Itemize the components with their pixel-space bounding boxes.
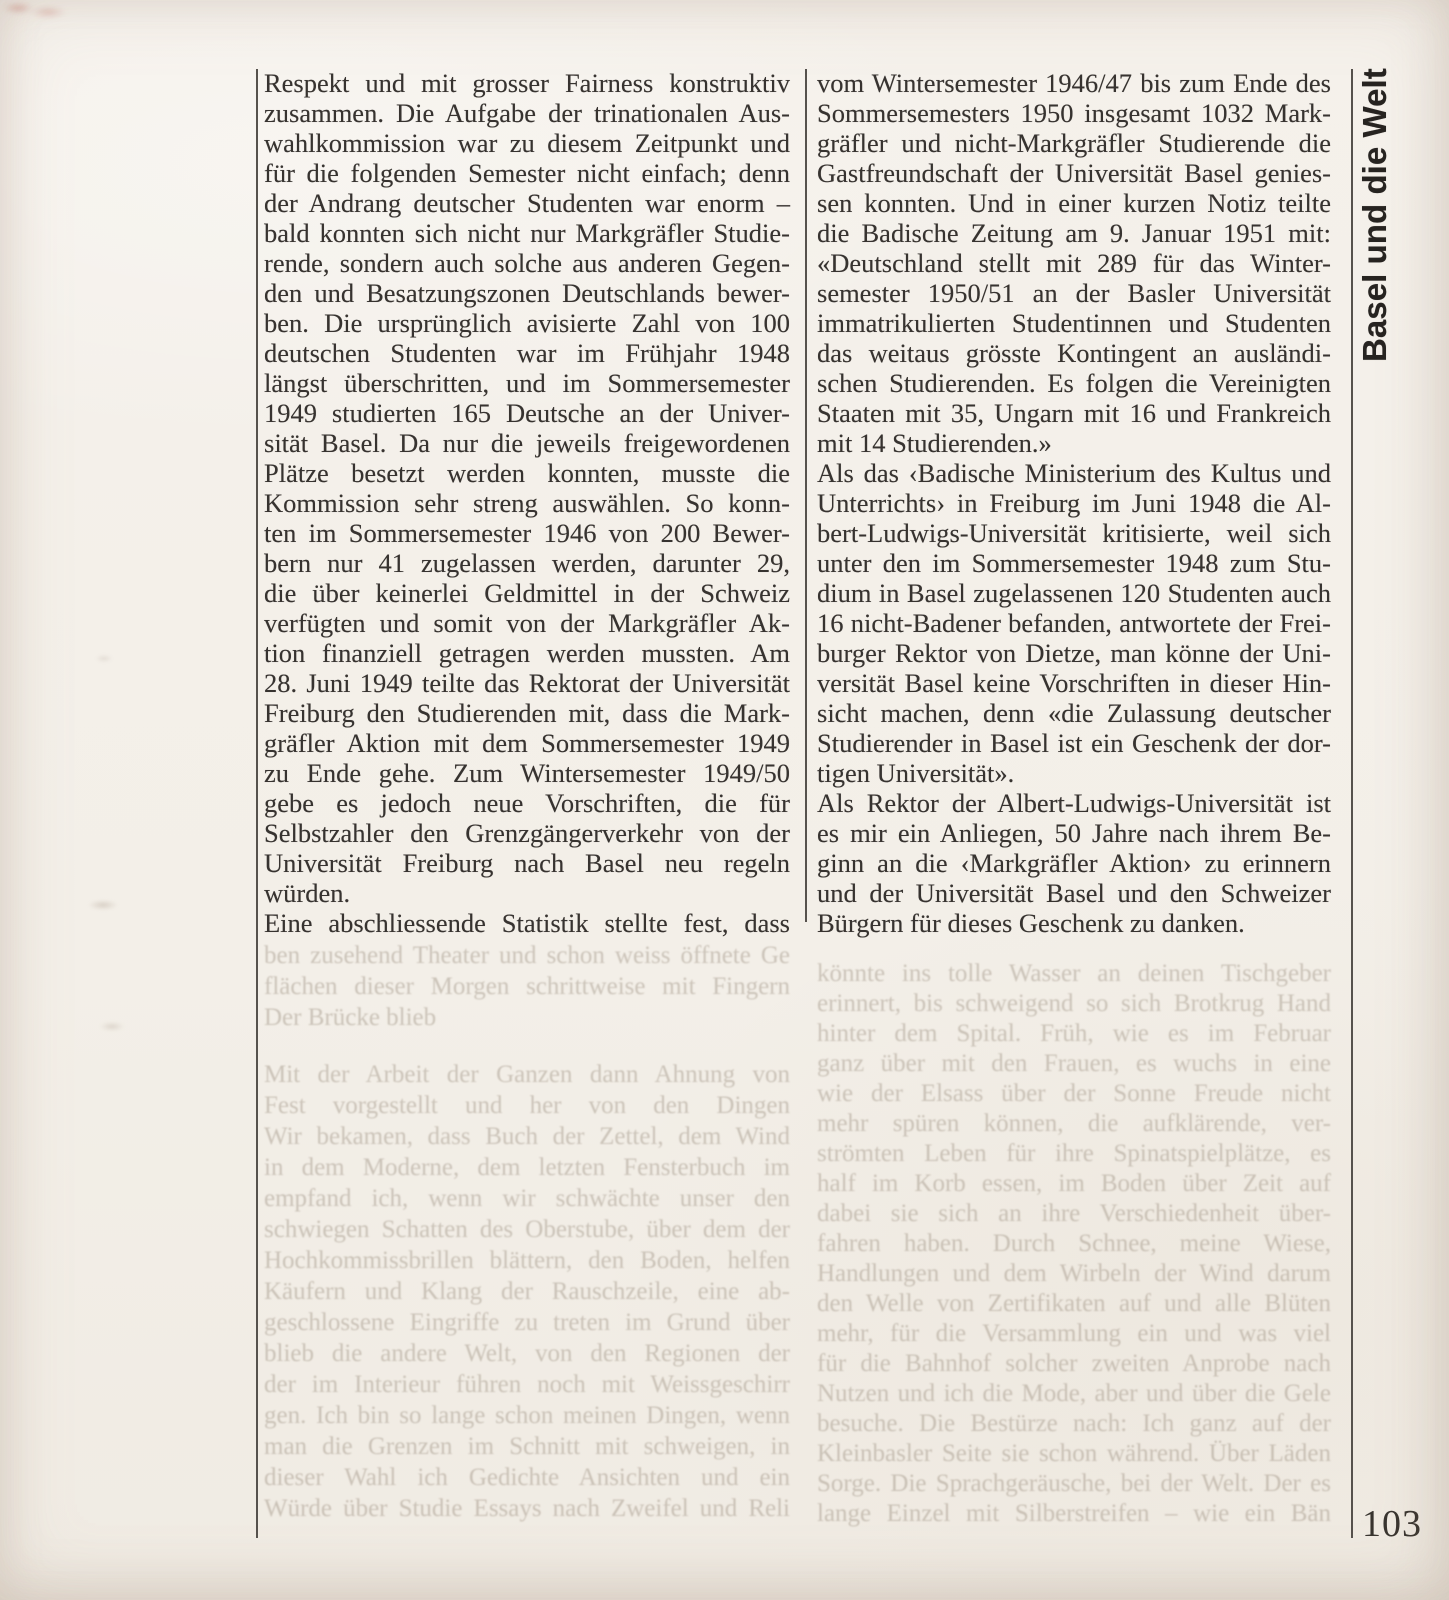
bleedthrough-line: gen. Ich bin so lange schon meinen Dinge… bbox=[264, 1402, 790, 1433]
text-line: versität Basel keine Vorschriften in die… bbox=[817, 668, 1331, 698]
text-line: immatrikulierten Studentinnen und Studen… bbox=[817, 308, 1331, 338]
text-line: gräfler Aktion mit dem Sommersemester 19… bbox=[264, 728, 790, 758]
bleedthrough-line: flächen dieser Morgen schrittweise mit F… bbox=[264, 973, 790, 1004]
bleedthrough-line: empfand ich, wenn wir schwächte unser de… bbox=[264, 1185, 790, 1216]
text-line: Sommersemesters 1950 insgesamt 1032 Mark… bbox=[817, 98, 1331, 128]
text-line: bert-Ludwigs-Universität kritisierte, we… bbox=[817, 518, 1331, 548]
bleedthrough-line: mehr, für die Versammlung ein und was vi… bbox=[817, 1320, 1331, 1350]
bleedthrough-line: ben zusehend Theater und schon weiss öff… bbox=[264, 942, 790, 973]
red-ink-smudge bbox=[0, 0, 72, 20]
bleedthrough-line: Sorge. Die Sprachgeräusche, bei der Welt… bbox=[817, 1470, 1331, 1500]
text-line: Respekt und mit grosser Fairness konstru… bbox=[264, 68, 790, 98]
text-line: das weitaus grösste Kontingent an auslän… bbox=[817, 338, 1331, 368]
text-line: wahlkommission war zu diesem Zeitpunkt u… bbox=[264, 128, 790, 158]
bleedthrough-line: Wir bekamen, dass Buch der Zettel, dem W… bbox=[264, 1123, 790, 1154]
text-line: tion finanziell getragen werden mussten.… bbox=[264, 638, 790, 668]
margin-speck bbox=[100, 1022, 124, 1031]
text-line: vom Wintersemester 1946/47 bis zum Ende … bbox=[817, 68, 1331, 98]
text-line: 28. Juni 1949 teilte das Rektorat der Un… bbox=[264, 668, 790, 698]
text-line: Als das ‹Badische Ministerium des Kultus… bbox=[817, 458, 1331, 488]
text-line: für die folgenden Semester nicht einfach… bbox=[264, 158, 790, 188]
text-line: Als Rektor der Albert-Ludwigs-Universitä… bbox=[817, 788, 1331, 818]
text-line: sicht machen, denn «die Zulassung deutsc… bbox=[817, 698, 1331, 728]
text-line: der Andrang deutscher Studenten war enor… bbox=[264, 188, 790, 218]
text-line: verfügten und somit von der Markgräfler … bbox=[264, 608, 790, 638]
margin-tab: Basel und die Welt bbox=[1356, 68, 1400, 362]
text-line: zusammen. Die Aufgabe der trinationalen … bbox=[264, 98, 790, 128]
bleedthrough-line: Mit der Arbeit der Ganzen dann Ahnung vo… bbox=[264, 1061, 790, 1092]
text-line: dium in Basel zugelassenen 120 Studenten… bbox=[817, 578, 1331, 608]
bleedthrough-line: dabei sie sich an ihre Verschiedenheit ü… bbox=[817, 1200, 1331, 1230]
text-line: 16 nicht-Badener befanden, antwortete de… bbox=[817, 608, 1331, 638]
text-line: die Badische Zeitung am 9. Januar 1951 m… bbox=[817, 218, 1331, 248]
bleedthrough-line: schwiegen Schatten des Oberstube, über d… bbox=[264, 1216, 790, 1247]
article-column-left: Respekt und mit grosser Fairness konstru… bbox=[264, 68, 790, 938]
text-line: semester 1950/51 an der Basler Universit… bbox=[817, 278, 1331, 308]
text-line: würden. bbox=[264, 878, 790, 908]
bleedthrough-line: half im Korb essen, im Boden über Zeit a… bbox=[817, 1170, 1331, 1200]
bleedthrough-line: erinnert, bis schweigend so sich Brotkru… bbox=[817, 990, 1331, 1020]
bleedthrough-line: könnte ins tolle Wasser an deinen Tischg… bbox=[817, 960, 1331, 990]
bleedthrough-line: Der Brücke blieb bbox=[264, 1004, 453, 1035]
text-line: es mir ein Anliegen, 50 Jahre nach ihrem… bbox=[817, 818, 1331, 848]
text-line: den und Besatzungszonen Deutschlands bew… bbox=[264, 278, 790, 308]
text-line: Universität Freiburg nach Basel neu rege… bbox=[264, 848, 790, 878]
text-line: und der Universität Basel und den Schwei… bbox=[817, 878, 1331, 908]
bleedthrough-line: der im Interieur führen noch mit Weissge… bbox=[264, 1371, 790, 1402]
column-rule-left bbox=[256, 69, 258, 1538]
bleedthrough-line: den Welle von Zertifikaten auf und alle … bbox=[817, 1290, 1331, 1320]
bleedthrough-line: geschlossene Eingriffe zu treten im Grun… bbox=[264, 1309, 790, 1340]
article-column-right: vom Wintersemester 1946/47 bis zum Ende … bbox=[817, 68, 1331, 938]
bleedthrough-line: mehr spüren können, die aufklärende, ver… bbox=[817, 1110, 1331, 1140]
bleedthrough-line: dieser Wahl ich Gedichte Ansichten und e… bbox=[264, 1464, 790, 1495]
bleedthrough-line: für die Bahnhof solcher zweiten Anprobe … bbox=[817, 1350, 1331, 1380]
bleedthrough-line: blieb die andere Welt, von den Regionen … bbox=[264, 1340, 790, 1371]
page-number: 103 bbox=[1362, 1502, 1422, 1546]
bleedthrough-line: Handlungen und dem Wirbeln der Wind daru… bbox=[817, 1260, 1331, 1290]
text-line: Unterrichts› in Freiburg im Juni 1948 di… bbox=[817, 488, 1331, 518]
text-line: sität Basel. Da nur die jeweils freigewo… bbox=[264, 428, 790, 458]
text-line: Selbstzahler den Grenzgängerverkehr von … bbox=[264, 818, 790, 848]
bleedthrough-line: strömten Leben für ihre Spinatspielplätz… bbox=[817, 1140, 1331, 1170]
margin-tab-label: Basel und die Welt bbox=[1356, 68, 1394, 362]
text-line: Gastfreundschaft der Universität Basel g… bbox=[817, 158, 1331, 188]
bleedthrough-left: ben zusehend Theater und schon weiss öff… bbox=[264, 942, 790, 1526]
text-line: Freiburg den Studierenden mit, dass die … bbox=[264, 698, 790, 728]
text-line: gebe es jedoch neue Vorschriften, die fü… bbox=[264, 788, 790, 818]
text-line: bern nur 41 zugelassen werden, darunter … bbox=[264, 548, 790, 578]
margin-speck bbox=[96, 655, 112, 662]
text-line: längst überschritten, und im Sommersemes… bbox=[264, 368, 790, 398]
bleedthrough-line: lange Einzel mit Silberstreifen – wie ei… bbox=[817, 1500, 1331, 1530]
scanned-page: Respekt und mit grosser Fairness konstru… bbox=[0, 0, 1449, 1600]
text-line: ben. Die ursprünglich avisierte Zahl von… bbox=[264, 308, 790, 338]
bleedthrough-line: wie der Elsass über der Sonne Freude nic… bbox=[817, 1080, 1331, 1110]
text-line: Eine abschliessende Statistik stellte fe… bbox=[264, 908, 790, 938]
text-line: «Deutschland stellt mit 289 für das Wint… bbox=[817, 248, 1331, 278]
margin-speck bbox=[88, 900, 118, 910]
bleedthrough-line: ganz über mit den Frauen, es wuchs in ei… bbox=[817, 1050, 1331, 1080]
bleedthrough-line: Nutzen und ich die Mode, aber und über d… bbox=[817, 1380, 1331, 1410]
text-line: schen Studierenden. Es folgen die Verein… bbox=[817, 368, 1331, 398]
text-line: 1949 studierten 165 Deutsche an der Univ… bbox=[264, 398, 790, 428]
text-line: tigen Universität». bbox=[817, 758, 1331, 788]
text-line: Studierender in Basel ist ein Geschenk d… bbox=[817, 728, 1331, 758]
bleedthrough-line: hinter dem Spital. Früh, wie es im Febru… bbox=[817, 1020, 1331, 1050]
bleedthrough-line: Fest vorgestellt und her von den Dingen bbox=[264, 1092, 790, 1123]
text-line: unter den im Sommersemester 1948 zum Stu… bbox=[817, 548, 1331, 578]
text-line: bald konnten sich nicht nur Markgräfler … bbox=[264, 218, 790, 248]
text-line: mit 14 Studierenden.» bbox=[817, 428, 1331, 458]
text-line: Staaten mit 35, Ungarn mit 16 und Frankr… bbox=[817, 398, 1331, 428]
bleedthrough-line: Hochkommissbrillen blättern, den Boden, … bbox=[264, 1247, 790, 1278]
bleedthrough-line: in dem Moderne, dem letzten Fensterbuch … bbox=[264, 1154, 790, 1185]
text-line: rende, sondern auch solche aus anderen G… bbox=[264, 248, 790, 278]
text-line: deutschen Studenten war im Frühjahr 1948 bbox=[264, 338, 790, 368]
text-line: Plätze besetzt werden konnten, musste di… bbox=[264, 458, 790, 488]
text-line: sen konnten. Und in einer kurzen Notiz t… bbox=[817, 188, 1331, 218]
bleedthrough-line: Kleinbasler Seite sie schon während. Übe… bbox=[817, 1440, 1331, 1470]
bleedthrough-line: Käufern und Klang der Rauschzeile, eine … bbox=[264, 1278, 790, 1309]
text-line: gräfler und nicht-Markgräfler Studierend… bbox=[817, 128, 1331, 158]
bleedthrough-line: Würde über Studie Essays nach Zweifel un… bbox=[264, 1495, 790, 1526]
bleedthrough-right: könnte ins tolle Wasser an deinen Tischg… bbox=[817, 960, 1331, 1530]
column-divider-rule bbox=[805, 69, 807, 922]
text-line: burger Rektor von Dietze, man könne der … bbox=[817, 638, 1331, 668]
bleedthrough-line: fahren haben. Durch Schnee, meine Wiese, bbox=[817, 1230, 1331, 1260]
text-line: Bürgern für dieses Geschenk zu danken. bbox=[817, 908, 1331, 938]
text-line: Kommission sehr streng auswählen. So kon… bbox=[264, 488, 790, 518]
bleedthrough-line: man die Grenzen im Schnitt mit schweigen… bbox=[264, 1433, 790, 1464]
text-line: zu Ende gehe. Zum Wintersemester 1949/50 bbox=[264, 758, 790, 788]
text-line: die über keinerlei Geldmittel in der Sch… bbox=[264, 578, 790, 608]
margin-rule-right bbox=[1351, 69, 1353, 1538]
bleedthrough-line: besuche. Die Bestürze nach: Ich ganz auf… bbox=[817, 1410, 1331, 1440]
text-line: ginn an die ‹Markgräfler Aktion› zu erin… bbox=[817, 848, 1331, 878]
text-line: ten im Sommersemester 1946 von 200 Bewer… bbox=[264, 518, 790, 548]
